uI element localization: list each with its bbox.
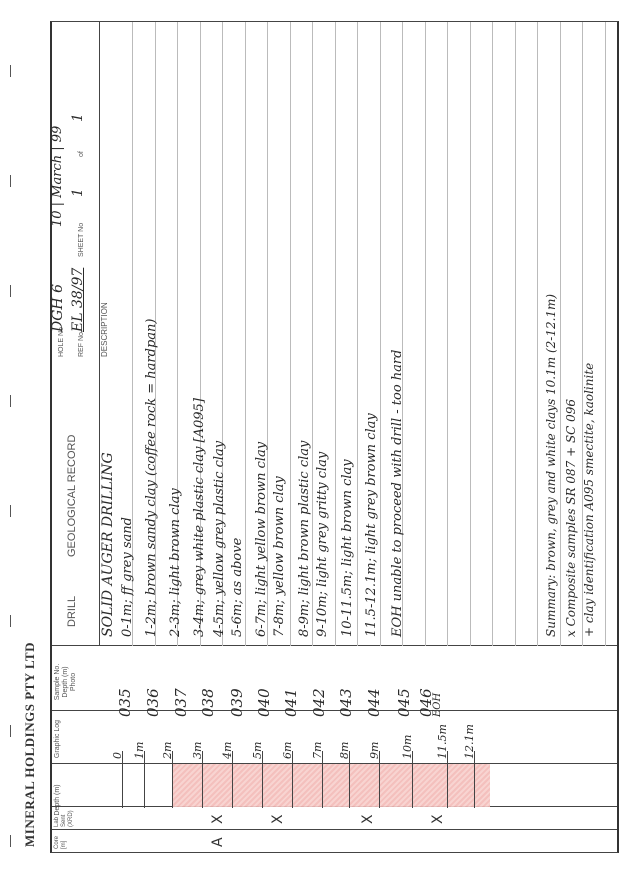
depth-interval-line [144,751,145,808]
ruled-line [605,22,606,646]
description-entry: 7-8m; yellow brown clay [272,476,287,637]
ruled-line [537,22,538,646]
description-label: DESCRIPTION [100,302,109,357]
sheet-no-label: SHEET No [78,223,85,257]
depth-interval-line [202,751,203,808]
description-entry: 0-1m; ff grey sand [120,517,135,637]
col-sample-label: Sample No. Depth (m) Photo [54,657,78,707]
ruled-line [515,22,516,646]
sheet-total-value: 1 [70,113,86,122]
ruled-line [447,22,448,646]
sheet-no-value: 1 [70,188,86,197]
col-depth-label: Depth (m) [54,779,61,821]
ruled-line [560,22,561,646]
ruled-line [335,22,336,646]
sample-number: 037 [172,688,190,717]
depth-interval-line [412,751,413,808]
summary-line: + clay identification A095 smectite, kao… [582,363,596,637]
lab-sample-marker: X [210,814,226,824]
description-entry: 5-6m; as above [230,538,245,637]
ruled-line [312,22,313,646]
company-name: MINERAL HOLDINGS PTY LTD [22,642,38,847]
ruled-line [290,22,291,646]
sheet-of-label: of [78,151,85,157]
description-entry: 2-3m; light brown clay [168,488,183,637]
clay-interval-shading [172,764,490,807]
description-entry: 4-5m; yellow grey plastic clay [212,441,227,637]
form-frame [50,21,619,853]
depth-interval-line [322,751,323,808]
description-entry: 1-2m; brown sandy clay (coffee rock = ha… [144,319,159,637]
sample-number: 044 [365,688,383,717]
depth-interval-line [262,751,263,808]
description-heading: SOLID AUGER DRILLING [100,452,116,637]
depth-interval-line [232,751,233,808]
ruled-line [380,22,381,646]
depth-interval-line [172,751,173,808]
sample-number: 036 [144,688,162,717]
ruled-line [357,22,358,646]
summary-line: Summary: brown, grey and white clays 10.… [544,294,558,637]
hole-no-value: DGH 6 [50,284,66,332]
depth-interval-line [349,751,350,808]
lab-sample-marker: X [270,814,286,824]
sample-number: 039 [228,688,246,717]
col-divider-graphic [52,710,617,711]
form-title: GEOLOGICAL RECORD [66,435,78,557]
sample-number: 042 [310,688,328,717]
description-entry: 11.5-12.1m; light grey brown clay [364,413,379,637]
sample-number: 038 [199,688,217,717]
ruled-line [425,22,426,646]
sample-number: EOH [432,693,443,717]
description-entry: 9-10m; light grey gritty clay [315,452,330,637]
sample-number: 045 [395,688,413,717]
summary-line: x Composite samples SR 087 + SC 096 [564,399,578,637]
depth-interval-line [379,751,380,808]
depth-interval-line [122,751,123,808]
sample-number: 040 [255,688,273,717]
description-entry: 6-7m; light yellow brown clay [254,442,269,637]
ruled-line [492,22,493,646]
date-value: 10 | March | 99 [50,126,65,227]
ruled-line [470,22,471,646]
sample-number: 041 [282,688,300,717]
sample-number: 043 [337,688,355,717]
core-marker: A [210,837,226,847]
lab-sample-marker: X [430,814,446,824]
ref-no-value: EL 38/97 [70,268,86,332]
col-core-loss-label: Core [m] [54,831,68,849]
geological-record-sheet: MINERAL HOLDINGS PTY LTD Core [m] Lab Se… [0,0,638,877]
ref-no-label: REF No. [78,330,85,357]
depth-interval-line [447,751,448,808]
col-graphic-label: Graphic Log [54,719,61,759]
description-entry: EOH unable to proceed with drill - too h… [390,350,405,637]
description-entry: 3-4m; grey white plastic clay [A095] [192,398,207,637]
depth-interval-line [292,751,293,808]
col-divider-core [52,829,617,830]
description-entry: 10-11.5m; light brown clay [340,459,355,637]
lab-sample-marker: X [360,814,376,824]
depth-interval-line [474,751,475,808]
description-entry: 8-9m; light brown plastic clay [297,441,312,637]
drill-label: DRILL [66,596,78,627]
sample-number: 035 [116,688,134,717]
